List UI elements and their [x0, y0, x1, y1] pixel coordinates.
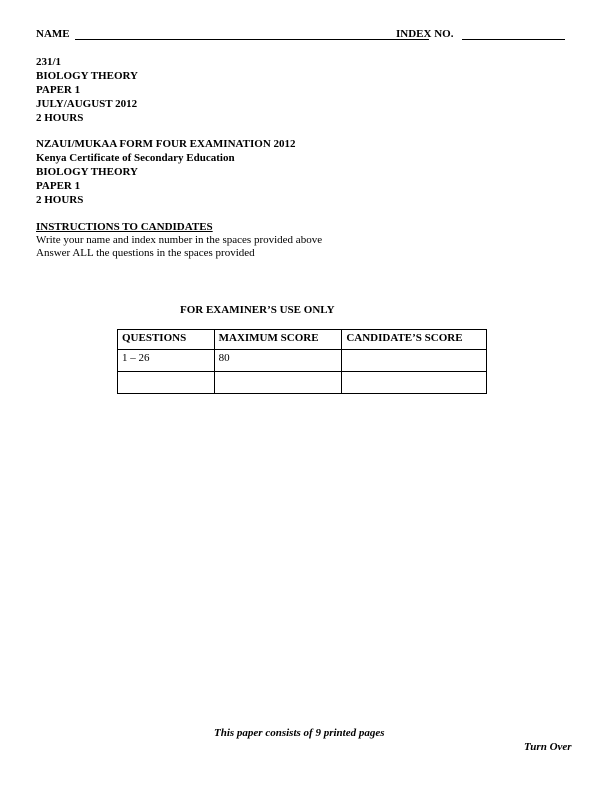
cell-maximum-score	[214, 372, 342, 394]
name-field-line[interactable]	[75, 39, 429, 40]
examiner-section-title: FOR EXAMINER’S USE ONLY	[180, 304, 335, 316]
exam-certificate: Kenya Certificate of Secondary Education	[36, 151, 296, 165]
header-questions: QUESTIONS	[118, 330, 215, 350]
instruction-line: Write your name and index number in the …	[36, 234, 322, 247]
paper-info: 231/1 BIOLOGY THEORY PAPER 1 JULY/AUGUST…	[36, 55, 138, 125]
instructions-list: Write your name and index number in the …	[36, 234, 322, 260]
cell-candidate-score[interactable]	[342, 350, 487, 372]
exam-duration: 2 HOURS	[36, 193, 296, 207]
paper-date: JULY/AUGUST 2012	[36, 97, 138, 111]
name-label: NAME	[36, 28, 70, 40]
table-row: 1 – 26 80	[118, 350, 487, 372]
cell-candidate-score[interactable]	[342, 372, 487, 394]
index-field-line[interactable]	[462, 39, 565, 40]
exam-subject: BIOLOGY THEORY	[36, 165, 296, 179]
page-count-note: This paper consists of 9 printed pages	[214, 727, 385, 739]
exam-info: NZAUI/MUKAA FORM FOUR EXAMINATION 2012 K…	[36, 137, 296, 207]
paper-number: PAPER 1	[36, 83, 138, 97]
instructions-heading: INSTRUCTIONS TO CANDIDATES	[36, 220, 213, 234]
exam-paper: PAPER 1	[36, 179, 296, 193]
cell-maximum-score: 80	[214, 350, 342, 372]
table-header-row: QUESTIONS MAXIMUM SCORE CANDIDATE’S SCOR…	[118, 330, 487, 350]
cell-questions: 1 – 26	[118, 350, 215, 372]
exam-title: NZAUI/MUKAA FORM FOUR EXAMINATION 2012	[36, 137, 296, 151]
header-maximum-score: MAXIMUM SCORE	[214, 330, 342, 350]
index-label: INDEX NO.	[396, 28, 453, 40]
header-candidate-score: CANDIDATE’S SCORE	[342, 330, 487, 350]
paper-subject: BIOLOGY THEORY	[36, 69, 138, 83]
paper-duration: 2 HOURS	[36, 111, 138, 125]
instruction-line: Answer ALL the questions in the spaces p…	[36, 247, 322, 260]
table-row	[118, 372, 487, 394]
score-table: QUESTIONS MAXIMUM SCORE CANDIDATE’S SCOR…	[117, 329, 487, 394]
name-index-row: NAME INDEX NO.	[36, 28, 566, 42]
cell-questions	[118, 372, 215, 394]
turn-over-note: Turn Over	[524, 741, 572, 753]
paper-code: 231/1	[36, 55, 138, 69]
